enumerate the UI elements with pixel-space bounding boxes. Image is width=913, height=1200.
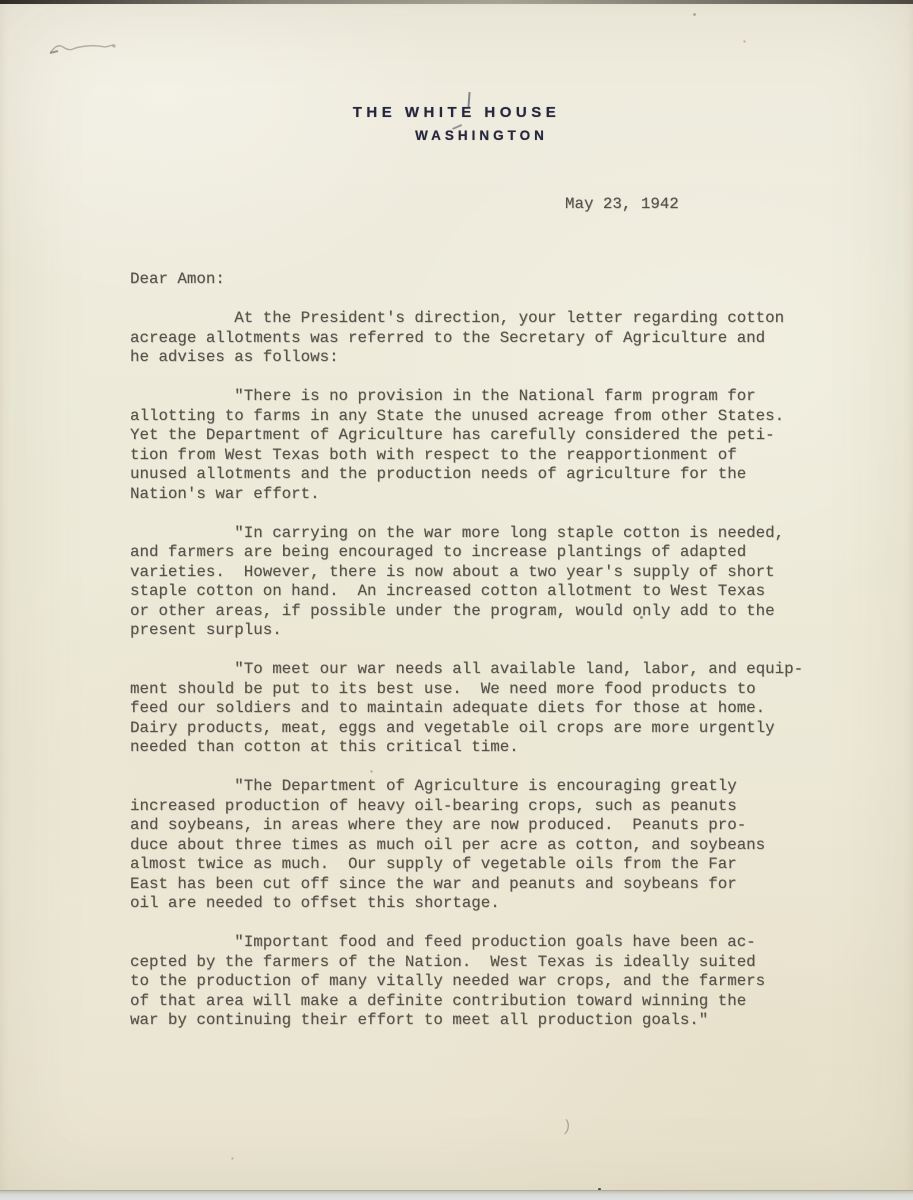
letterhead-org-name: THE WHITE HOUSE — [0, 104, 913, 121]
pencil-squiggle-mark — [48, 36, 126, 58]
letter-paragraph: "Important food and feed production goal… — [130, 933, 830, 1031]
salutation: Dear Amon: — [130, 270, 830, 290]
scan-bottom-edge — [0, 1190, 913, 1200]
scanned-letter-page: THE WHITE HOUSE WASHINGTON May 23, 1942 … — [0, 0, 913, 1200]
scan-top-edge — [0, 0, 913, 4]
stray-ink-mark: ) — [561, 1118, 572, 1137]
letter-paragraph: At the President's direction, your lette… — [130, 309, 830, 368]
letter-paragraph: "There is no provision in the National f… — [130, 387, 830, 504]
letterhead-city: WASHINGTON — [25, 128, 913, 143]
letter-body: Dear Amon: At the President's direction,… — [130, 270, 830, 1050]
letterhead: THE WHITE HOUSE WASHINGTON — [0, 104, 913, 143]
letter-paragraph: "The Department of Agriculture is encour… — [130, 777, 830, 914]
dust-specks — [0, 0, 1, 1]
letter-paragraph: "In carrying on the war more long staple… — [130, 524, 830, 641]
letter-paragraph: "To meet our war needs all available lan… — [130, 660, 830, 758]
letter-date: May 23, 1942 — [565, 195, 679, 215]
